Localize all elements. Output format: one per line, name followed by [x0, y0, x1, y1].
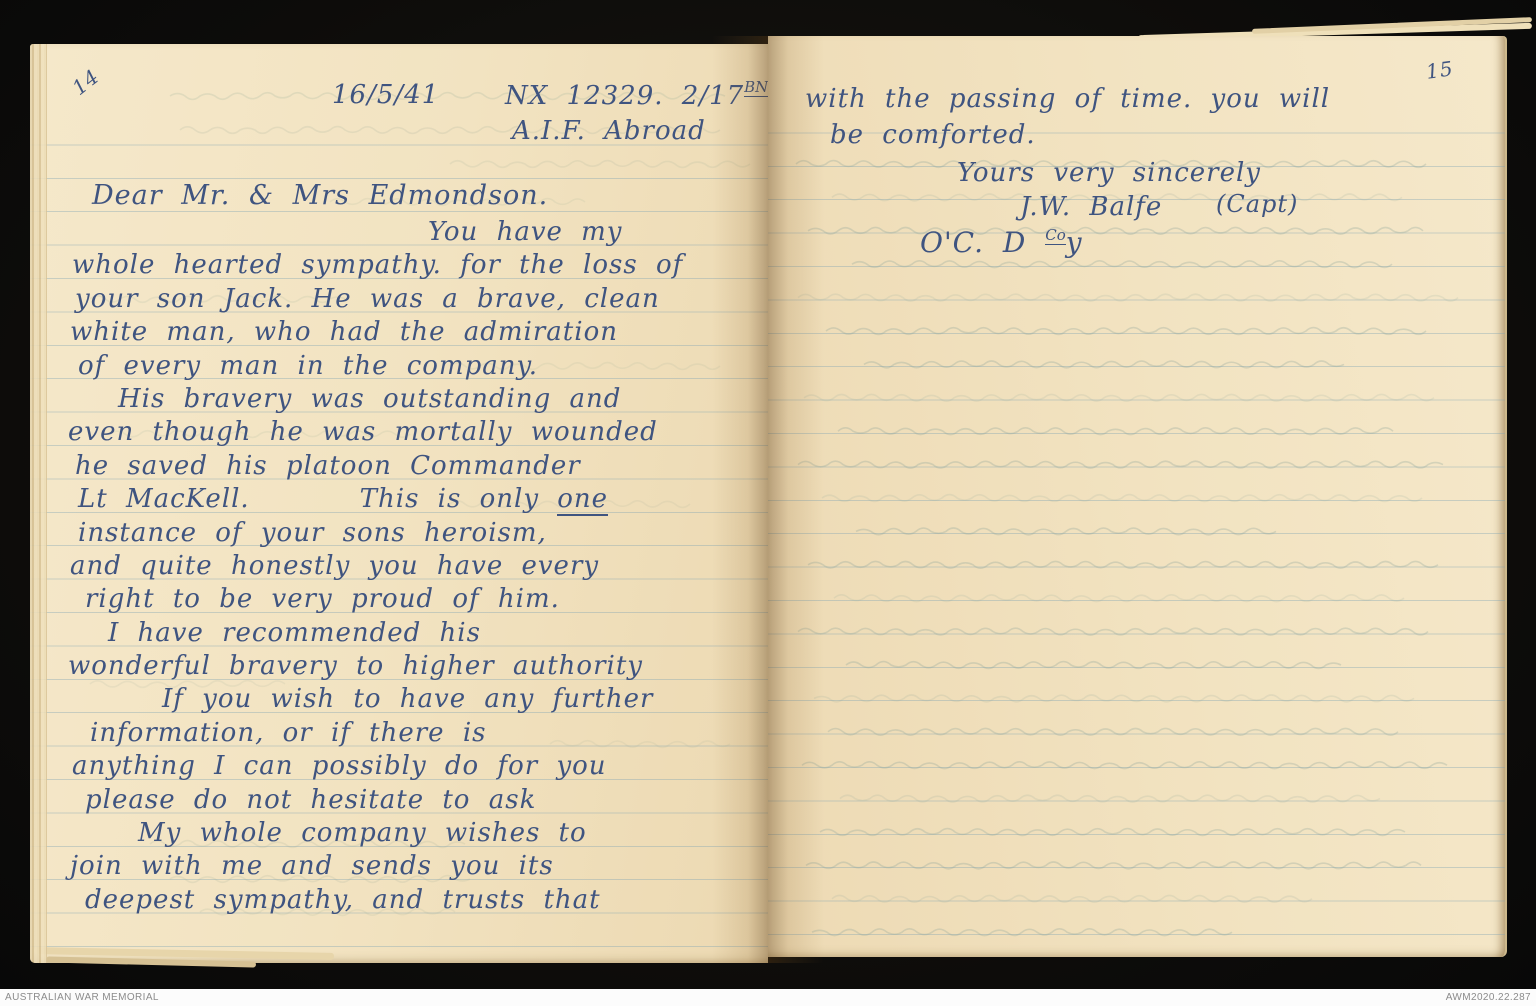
company-title-text: O'C. D — [920, 226, 1045, 259]
letter-line: even though he was mortally wounded — [30, 416, 768, 449]
company-title: O'C. D Coy — [920, 226, 1083, 259]
letter-line: anything I can possibly do for you — [30, 750, 768, 783]
photograph-of-open-notebook: 14 16/5/41 NX 12329. 2/17BN A.I.F. Abroa… — [0, 0, 1536, 1006]
letter-date: 16/5/41 — [332, 80, 439, 110]
letter-line: If you wish to have any further — [30, 683, 768, 716]
service-number-text: NX 12329. 2/17 — [505, 81, 744, 111]
signature: J.W. Balfe — [1020, 192, 1162, 222]
archive-label: AUSTRALIAN WAR MEMORIAL — [5, 992, 159, 1003]
letter-line: with the passing of time. you will — [805, 84, 1330, 114]
letter-line: instance of your sons heroism, — [30, 517, 768, 550]
letter-line: whole hearted sympathy. for the loss of — [30, 249, 768, 282]
letter-line: right to be very proud of him. — [30, 583, 768, 616]
accession-number: AWM2020.22.287 — [1446, 992, 1531, 1003]
valediction: Yours very sincerely — [957, 158, 1261, 188]
company-title-text: y — [1066, 226, 1083, 259]
letter-line: white man, who had the admiration — [30, 316, 768, 349]
battalion-superscript: BN — [744, 78, 768, 97]
letter-line: His bravery was outstanding and — [30, 383, 768, 416]
letter-line: and quite honestly you have every — [30, 550, 768, 583]
salutation: Dear Mr. & Mrs Edmondson. — [30, 180, 548, 211]
letter-line-text: Lt MacKell. — [78, 484, 250, 514]
letter-line: please do not hesitate to ask — [30, 784, 768, 817]
service-number: NX 12329. 2/17BN — [505, 78, 768, 111]
letter-line: he saved his platoon Commander — [30, 450, 768, 483]
notebook-page-right: 15 with the passing of time. you will be… — [768, 36, 1507, 957]
letter-line: join with me and sends you its — [30, 850, 768, 883]
letter-line: I have recommended his — [30, 617, 768, 650]
letter-line: You have my — [30, 216, 768, 249]
address-line: A.I.F. Abroad — [512, 116, 706, 146]
letter-line-text: This is only — [360, 484, 539, 514]
company-superscript: Co — [1045, 226, 1066, 245]
rank: (Capt) — [1216, 190, 1298, 218]
underlined-word: one — [557, 484, 608, 516]
letter-line: information, or if there is — [30, 717, 768, 750]
letter-line: of every man in the company. — [30, 350, 768, 383]
page-edge-left — [30, 44, 47, 963]
caption-bar: AUSTRALIAN WAR MEMORIAL AWM2020.22.287 — [0, 989, 1536, 1006]
notebook-page-left: 14 16/5/41 NX 12329. 2/17BN A.I.F. Abroa… — [30, 44, 768, 963]
letter-line: deepest sympathy, and trusts that — [30, 884, 768, 917]
letter-line: wonderful bravery to higher authority — [30, 650, 768, 683]
letter-body: You have my whole hearted sympathy. for … — [30, 216, 768, 917]
letter-line: be comforted. — [830, 120, 1036, 150]
letter-line: Lt MacKell.This is only one — [30, 483, 768, 516]
letter-line: your son Jack. He was a brave, clean — [30, 283, 768, 316]
letter-line: My whole company wishes to — [30, 817, 768, 850]
page-number: 15 — [1424, 56, 1455, 84]
